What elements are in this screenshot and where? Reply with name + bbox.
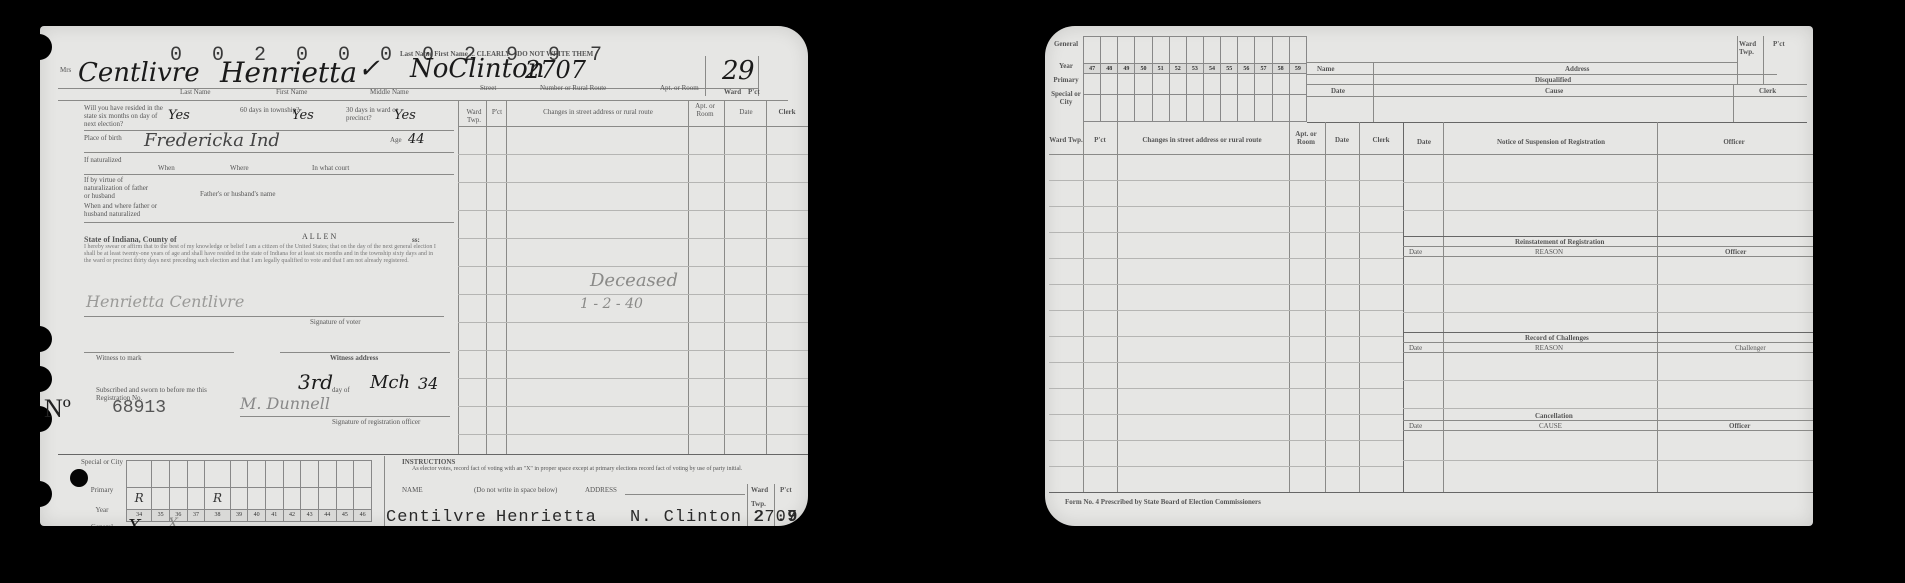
witness-label: Witness to mark xyxy=(96,354,142,362)
challenges-title: Record of Challenges xyxy=(1525,334,1589,342)
birth-place-value: Fredericka Ind xyxy=(144,130,280,151)
parent-when-where-label: When and where father or husband natural… xyxy=(84,202,164,218)
back-row-primary: Primary xyxy=(1049,76,1083,84)
naturalized-where-label: Where xyxy=(230,164,249,172)
age-value: 44 xyxy=(408,132,425,147)
bottom-twp-label: Twp. xyxy=(751,500,766,508)
cancellation-officer-header: Officer xyxy=(1729,422,1750,430)
naturalized-court-label: In what court xyxy=(312,164,349,172)
punch-hole xyxy=(70,469,88,487)
reinstatement-date-header: Date xyxy=(1409,248,1422,256)
bottom-ward-label: Ward xyxy=(751,486,768,494)
typed-address: N. Clinton 2707 xyxy=(630,508,798,526)
disqualified-clerk-label: Clerk xyxy=(1759,87,1776,95)
q-state-label: Will you have resided in the state six m… xyxy=(84,104,164,128)
naturalized-when-label: When xyxy=(158,164,175,172)
subscribed-label: Subscribed and sworn to before me this xyxy=(96,386,207,394)
birth-place-label: Place of birth xyxy=(84,134,124,142)
parent-name-label: Father's or husband's name xyxy=(200,190,275,198)
number-value: 2707 xyxy=(525,56,586,84)
back-col-pct: P'ct xyxy=(1083,136,1117,144)
age-label: Age xyxy=(390,136,402,144)
reinstatement-reason-header: REASON xyxy=(1535,248,1563,256)
oath-text: I hereby swear or affirm that to the bes… xyxy=(84,244,439,265)
transfer-ward-label: Ward Twp. xyxy=(1739,40,1763,56)
col-date: Date xyxy=(726,108,766,116)
disqualified-cause-label: Cause xyxy=(1545,87,1563,95)
cancellation-title: Cancellation xyxy=(1535,412,1573,420)
witness-address-label: Witness address xyxy=(330,354,378,362)
parent-naturalization-label: If by virtue of naturalization of father… xyxy=(84,176,154,200)
voter-signature: Henrietta Centlivre xyxy=(86,292,244,311)
general-mark-36: X xyxy=(168,516,178,526)
transfer-pct-label: P'ct xyxy=(1773,40,1785,48)
instructions-title: INSTRUCTIONS xyxy=(402,458,455,466)
back-col-apt-room: Apt. or Room xyxy=(1289,130,1323,146)
row-special-city: Special or City xyxy=(80,458,124,466)
challenges-date-header: Date xyxy=(1409,344,1422,352)
row-general: General xyxy=(80,523,124,526)
suspension-notice-header: Notice of Suspension of Registration xyxy=(1445,138,1657,146)
row-year: Year xyxy=(80,506,124,514)
typed-first-name: Henrietta xyxy=(496,508,597,526)
q-township-value: Yes xyxy=(292,108,314,123)
number-label: Number or Rural Route xyxy=(540,84,606,92)
reinstatement-title: Reinstatement of Registration xyxy=(1515,238,1604,246)
naturalized-label: If naturalized xyxy=(84,156,134,164)
last-name-label: Last Name xyxy=(180,88,211,96)
officer-signature: M. Dunnell xyxy=(240,394,330,413)
oath-ss-label: ss: xyxy=(412,236,420,244)
suspension-officer-header: Officer xyxy=(1659,138,1809,146)
col-clerk: Clerk xyxy=(768,108,806,116)
suspension-date-header: Date xyxy=(1405,138,1443,146)
back-row-year: Year xyxy=(1049,62,1083,70)
back-voting-grid: 47 48 49 50 51 52 53 54 55 56 57 58 59 xyxy=(1083,36,1307,122)
pct-label: P'ct xyxy=(748,88,760,96)
col-changes: Changes in street address or rural route xyxy=(508,108,688,116)
oath-state-label: State of Indiana, County of xyxy=(84,236,177,244)
q-township-label: 60 days in township? xyxy=(240,106,300,114)
registration-number: 68913 xyxy=(112,398,166,418)
instructions-address-label: ADDRESS xyxy=(585,486,617,494)
subscribed-year: 34 xyxy=(418,374,438,393)
first-name-label: First Name xyxy=(276,88,307,96)
bottom-pct-label: P'ct xyxy=(780,486,792,494)
typed-last-name: Centilvre xyxy=(386,508,487,526)
disqualified-label: Disqualified xyxy=(1535,76,1571,84)
back-col-date: Date xyxy=(1325,136,1359,144)
edge-notch xyxy=(40,366,52,392)
instructions-text: As elector votes, record fact of voting … xyxy=(412,466,772,473)
typed-ward: 2 xyxy=(754,508,765,526)
annotation-date: 1 - 2 - 40 xyxy=(580,296,643,312)
instructions-do-not-write: (Do not write in space below) xyxy=(474,486,557,494)
transfer-address-label: Address xyxy=(1565,65,1589,73)
apt-label: Apt. or Room xyxy=(660,84,699,92)
back-col-ward-twp: Ward Twp. xyxy=(1049,136,1083,144)
officer-signature-label: Signature of registration officer xyxy=(332,418,420,426)
cancellation-cause-header: CAUSE xyxy=(1539,422,1562,430)
transfer-name-label: Name xyxy=(1317,65,1335,73)
back-col-changes: Changes in street address or rural route xyxy=(1117,136,1287,144)
instructions-name-label: NAME xyxy=(402,486,423,494)
back-col-clerk: Clerk xyxy=(1361,136,1401,144)
row-primary: Primary xyxy=(80,486,124,494)
edge-notch xyxy=(40,326,52,352)
challenges-challenger-header: Challenger xyxy=(1735,344,1766,352)
middle-name-mark: ✓ xyxy=(358,54,380,84)
registration-card-front: 0 0 2 0 0 0 0 2 9 9 7 Last Name First Na… xyxy=(40,26,808,526)
subscribed-day: 3rd xyxy=(298,370,333,394)
reinstatement-officer-header: Officer xyxy=(1725,248,1746,256)
annotation-deceased: Deceased xyxy=(590,270,678,291)
pct-value: 9 xyxy=(738,56,755,86)
registration-card-back: General Year Primary Special or City 47 … xyxy=(1045,26,1813,526)
col-apt-room: Apt. or Room xyxy=(690,102,720,118)
edge-notch xyxy=(40,481,52,507)
last-name-value: Centlivre xyxy=(78,58,200,88)
street-label: Street xyxy=(480,84,496,92)
voter-signature-label: Signature of voter xyxy=(310,318,361,326)
edge-notch xyxy=(40,34,52,60)
middle-name-label: Middle Name xyxy=(370,88,409,96)
challenges-reason-header: REASON xyxy=(1535,344,1563,352)
back-row-special-city: Special or City xyxy=(1049,90,1083,106)
col-pct: P'ct xyxy=(488,108,506,116)
form-footer: Form No. 4 Prescribed by State Board of … xyxy=(1065,498,1261,506)
day-of-label: day of xyxy=(332,386,350,394)
no-prefix: Nº xyxy=(44,394,71,424)
general-mark-34: X xyxy=(128,516,141,526)
typed-pct: .9 xyxy=(776,508,798,526)
cancellation-date-header: Date xyxy=(1409,422,1422,430)
first-name-value: Henrietta xyxy=(220,56,357,89)
q-state-value: Yes xyxy=(168,108,190,123)
prefix-label: Mrs xyxy=(60,66,71,74)
oath-county-value: ALLEN xyxy=(302,232,338,241)
subscribed-month: Mch xyxy=(370,372,410,393)
voting-record-grid: R R 34 35 36 37 38 39 40 41 42 43 44 45 … xyxy=(126,460,372,522)
q-precinct-value: Yes xyxy=(394,108,416,123)
back-row-general: General xyxy=(1049,40,1083,48)
ward-label: Ward xyxy=(724,88,741,96)
col-ward-twp: Ward Twp. xyxy=(462,108,486,124)
ward-value: 2 xyxy=(722,56,739,86)
disqualified-date-label: Date xyxy=(1331,87,1345,95)
